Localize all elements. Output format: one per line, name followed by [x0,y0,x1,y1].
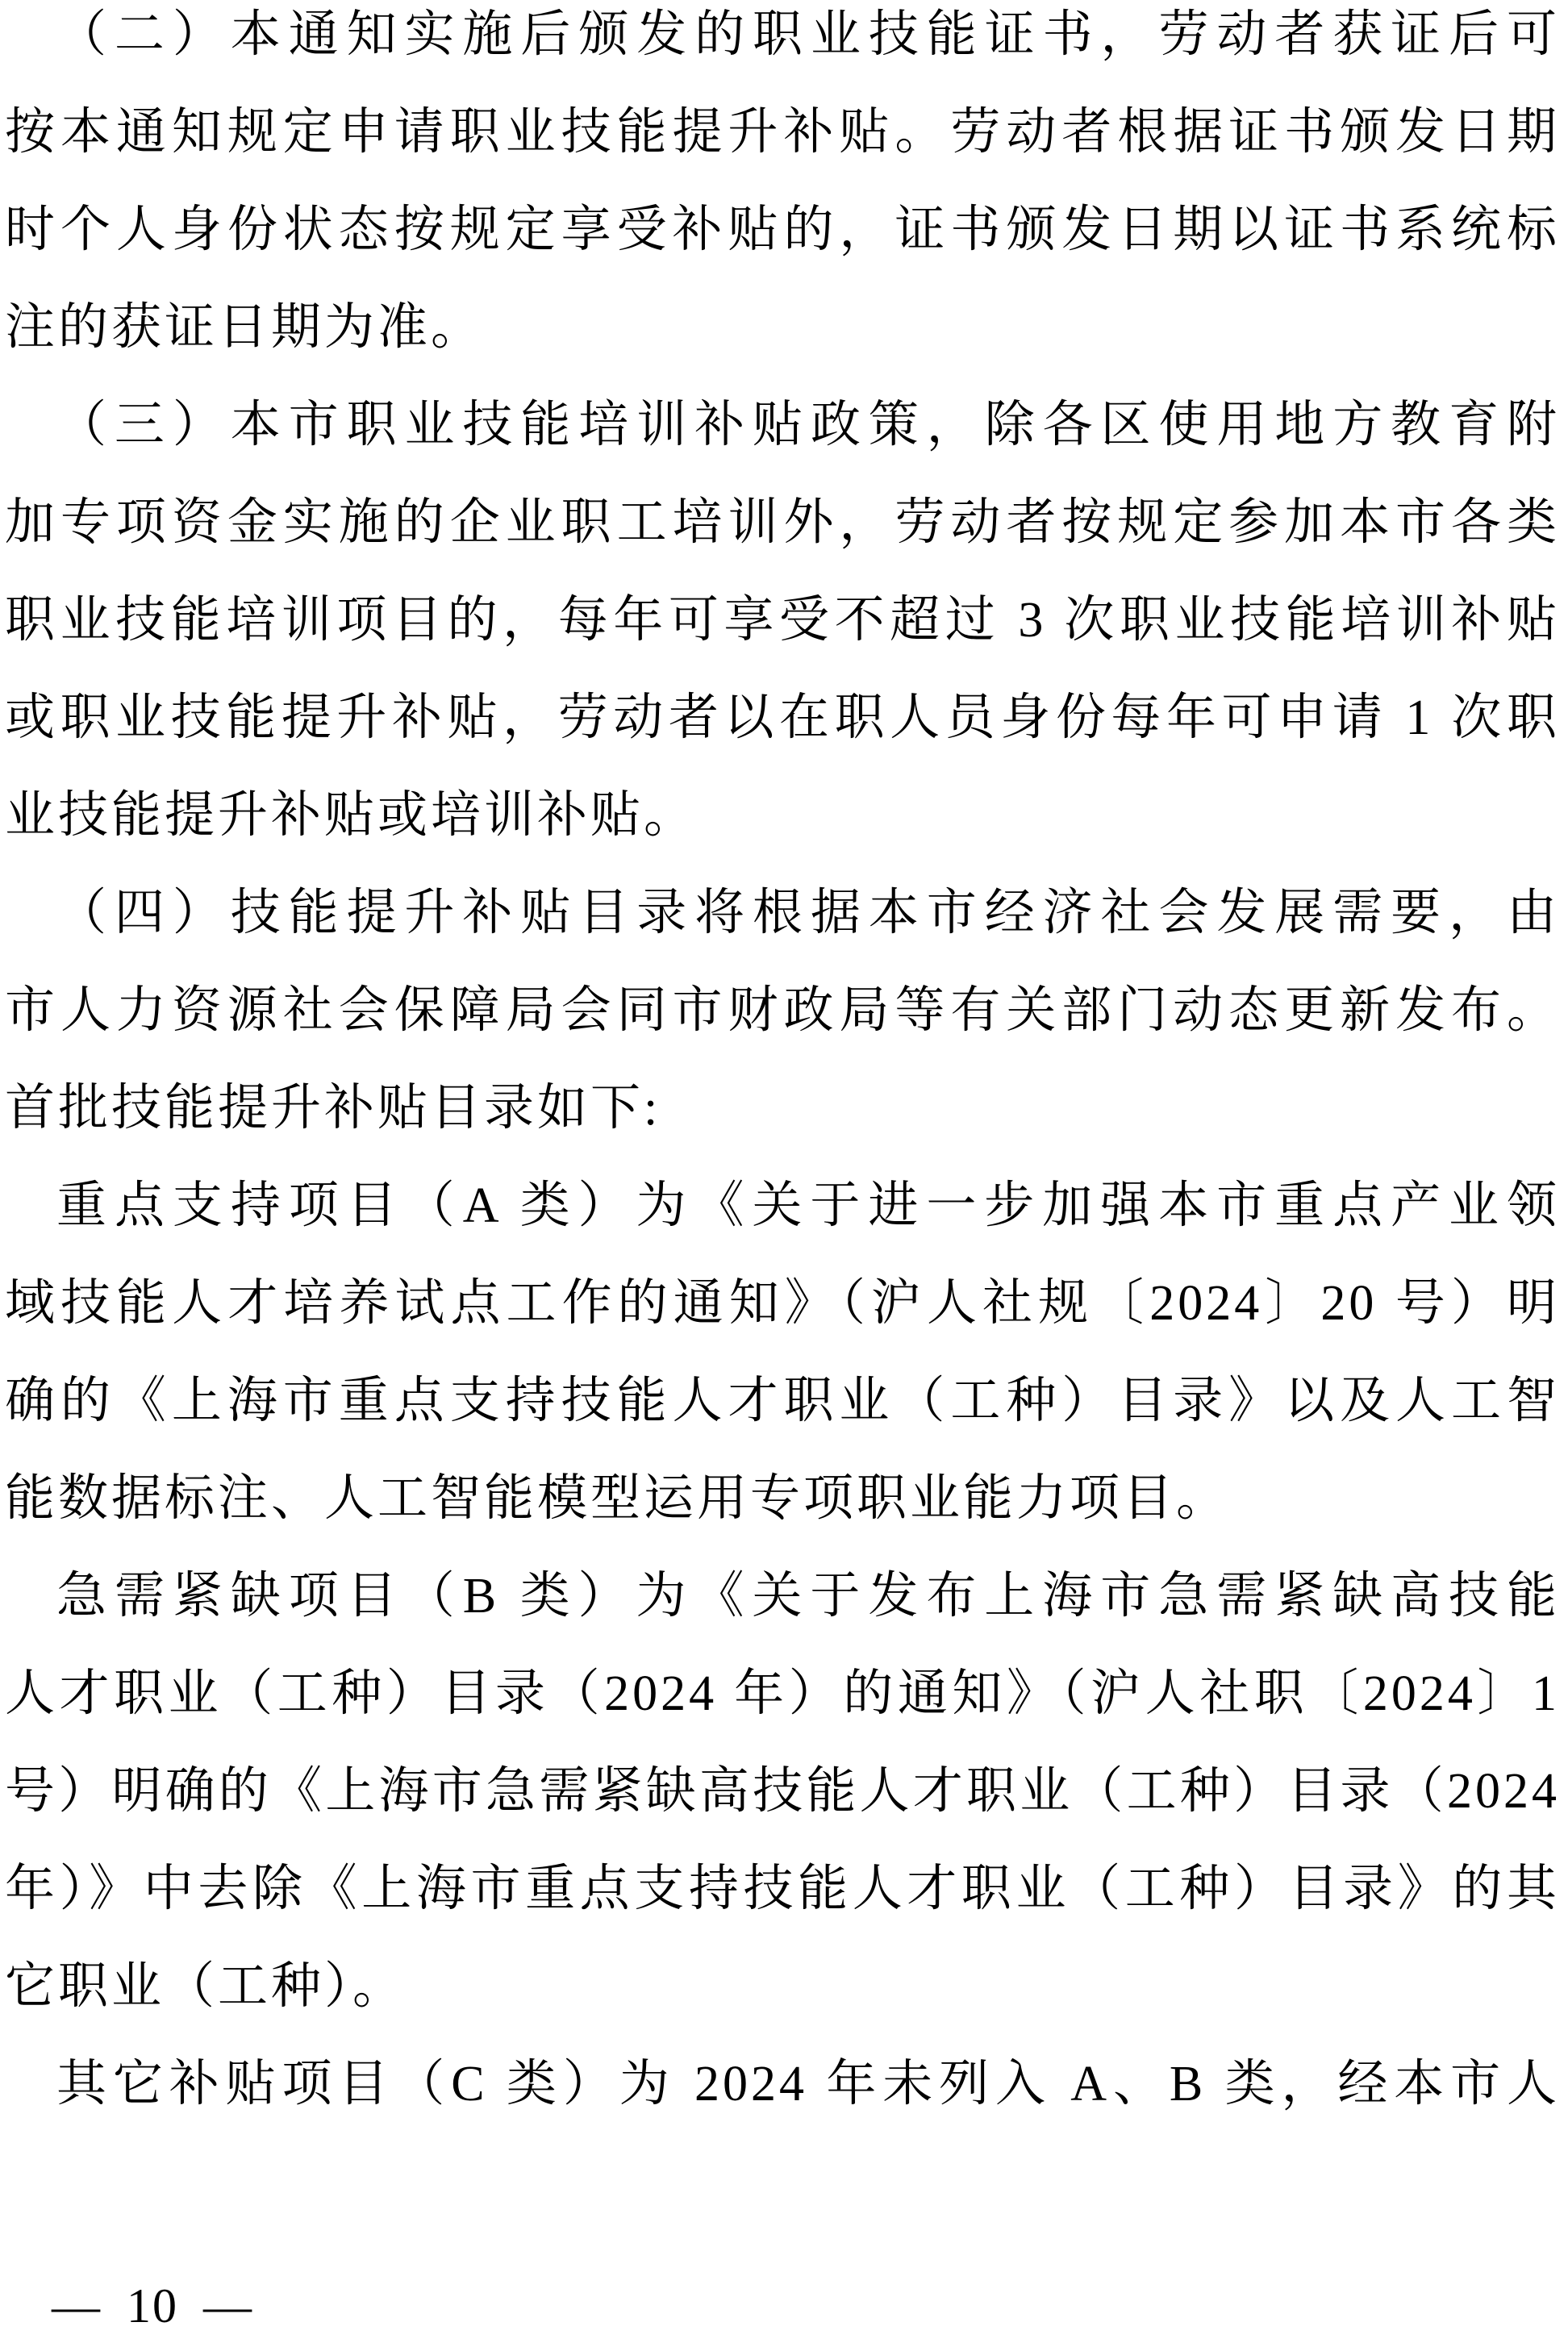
text-line: 号）明确的《上海市急需紧缺高技能人才职业（工种）目录（2024 [5,1743,1560,1841]
text-line: 首批技能提升补贴目录如下: [5,1060,1560,1157]
text-line: 其它补贴项目（C 类）为 2024 年未列入 A、B 类，经本市人 [5,2036,1560,2133]
text-line: 急需紧缺项目（B 类）为《关于发布上海市急需紧缺高技能 [5,1548,1560,1645]
text-line: 确的《上海市重点支持技能人才职业（工种）目录》以及人工智 [5,1353,1560,1450]
text-line: 职业技能培训项目的，每年可享受不超过 3 次职业技能培训补贴 [5,572,1560,669]
text-line: 注的获证日期为准。 [5,279,1560,377]
document-page: （二）本通知实施后颁发的职业技能证书，劳动者获证后可按本通知规定申请职业技能提升… [0,0,1568,2343]
page-footer: — 10 — [52,2281,253,2331]
text-line: 市人力资源社会保障局会同市财政局等有关部门动态更新发布。 [5,962,1560,1060]
text-line: （四）技能提升补贴目录将根据本市经济社会发展需要，由 [5,865,1560,962]
page-number: — 10 — [52,2279,253,2333]
text-line: 年）》中去除《上海市重点支持技能人才职业（工种）目录》的其 [5,1841,1560,1938]
text-line: 或职业技能提升补贴，劳动者以在职人员身份每年可申请 1 次职 [5,669,1560,767]
text-line: 它职业（工种）。 [5,1938,1560,2036]
text-line: 能数据标注、人工智能模型运用专项职业能力项目。 [5,1450,1560,1548]
text-line: 人才职业（工种）目录（2024 年）的通知》（沪人社职〔2024〕1 [5,1645,1560,1743]
text-line: 业技能提升补贴或培训补贴。 [5,767,1560,865]
text-line: （三）本市职业技能培训补贴政策，除各区使用地方教育附 [5,377,1560,474]
text-line: 按本通知规定申请职业技能提升补贴。劳动者根据证书颁发日期 [5,84,1560,181]
text-line: 域技能人才培养试点工作的通知》（沪人社规〔2024〕20 号）明 [5,1255,1560,1353]
text-line: （二）本通知实施后颁发的职业技能证书，劳动者获证后可 [5,0,1560,84]
document-body: （二）本通知实施后颁发的职业技能证书，劳动者获证后可按本通知规定申请职业技能提升… [5,0,1560,2133]
text-line: 时个人身份状态按规定享受补贴的，证书颁发日期以证书系统标 [5,181,1560,279]
text-line: 加专项资金实施的企业职工培训外，劳动者按规定参加本市各类 [5,474,1560,572]
text-line: 重点支持项目（A 类）为《关于进一步加强本市重点产业领 [5,1157,1560,1255]
